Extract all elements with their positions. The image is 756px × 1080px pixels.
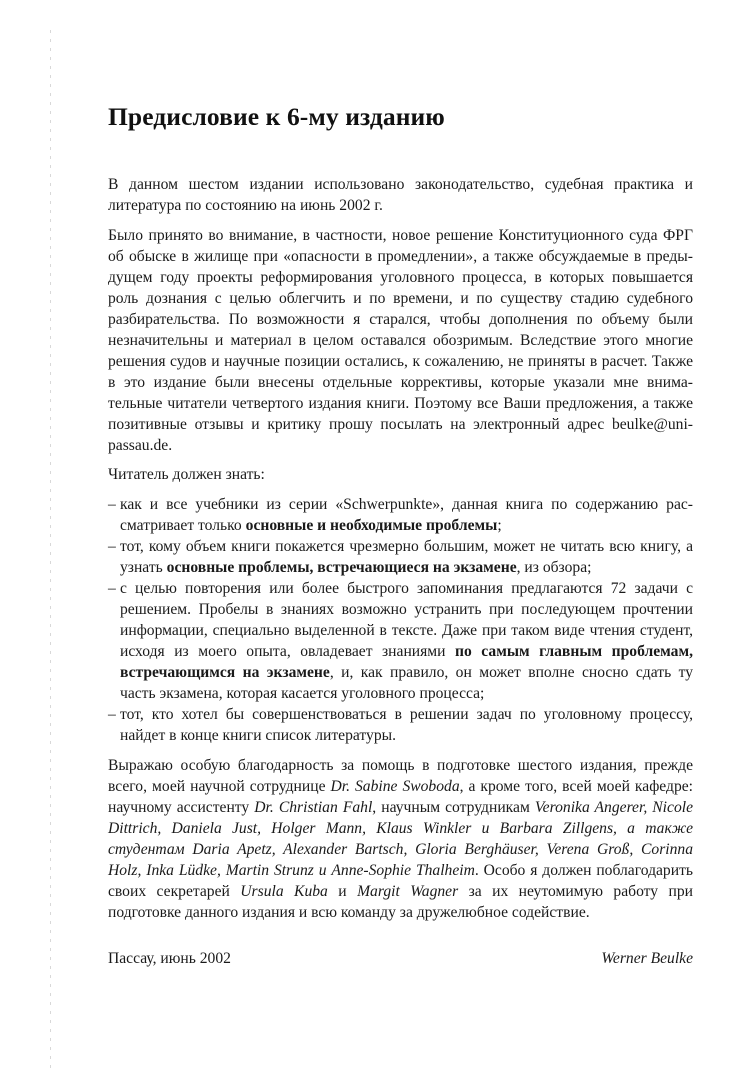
page-content: Предисловие к 6-му изданию В данном шест…: [108, 100, 693, 969]
signature-block: Пассау, июнь 2002 Werner Beulke: [108, 948, 693, 969]
ack-text: , научным сотрудникам: [372, 799, 535, 816]
list-item: –тот, кому объем книги покажется чрезмер…: [108, 536, 693, 578]
list-item-bold: основные проблемы, встречающиеся на экза…: [167, 559, 517, 576]
paragraph-acknowledgement: Выражаю особую благодарность за помощь в…: [108, 755, 693, 923]
scan-edge-artifact: [50, 30, 51, 1070]
paragraph-changes: Было принято во внимание, в частности, н…: [108, 225, 693, 456]
list-item: –как и все учебники из серии «Schwerpunk…: [108, 494, 693, 536]
ack-name: Margit Wagner: [357, 883, 458, 900]
list-item: –тот, кто хотел бы совершенствоваться в …: [108, 704, 693, 746]
list-item-text: тот, кто хотел бы совершенствоваться в р…: [120, 706, 693, 744]
dash-marker: –: [108, 578, 116, 599]
dash-marker: –: [108, 536, 116, 557]
list-item: –с целью повторения или более быстрого з…: [108, 578, 693, 704]
ack-name: Dr. Christian Fahl: [254, 799, 372, 816]
list-item-bold: основные и необходимые проблемы: [246, 517, 498, 534]
paragraph-reader-intro: Читатель должен знать:: [108, 464, 693, 485]
dash-marker: –: [108, 704, 116, 725]
reader-notes-list: –как и все учебники из серии «Schwerpunk…: [108, 494, 693, 746]
ack-text: и: [328, 883, 357, 900]
dash-marker: –: [108, 494, 116, 515]
place-date: Пассау, июнь 2002: [108, 948, 231, 969]
ack-name: Ursula Kuba: [240, 883, 328, 900]
page-title: Предисловие к 6-му изданию: [108, 100, 693, 134]
author-name: Werner Beulke: [601, 948, 693, 969]
list-item-text-after: ;: [497, 517, 501, 534]
paragraph-edition-basis: В данном шестом издании использовано зак…: [108, 174, 693, 216]
ack-name: Dr. Sabine Swoboda: [331, 778, 460, 795]
list-item-text-after: , из обзора;: [517, 559, 592, 576]
